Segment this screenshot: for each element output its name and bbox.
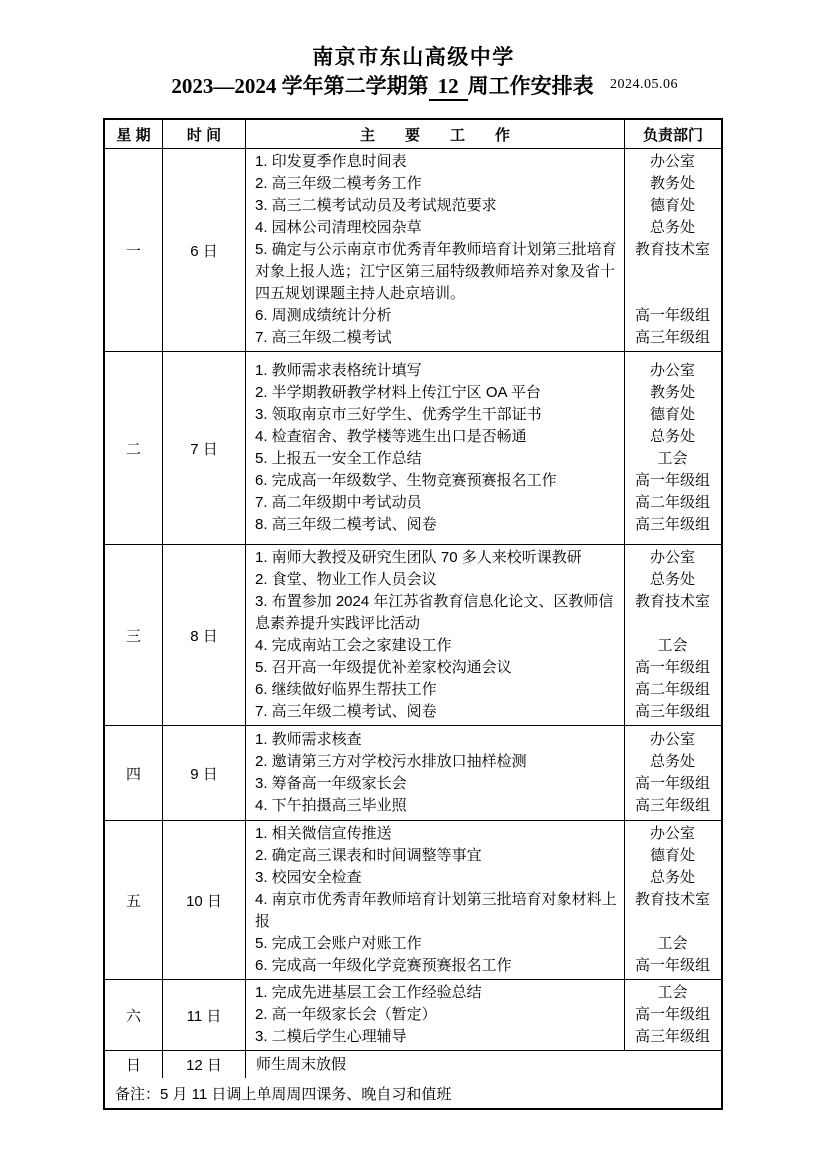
task-department: 高一年级组 bbox=[624, 470, 721, 492]
task-row: 2. 高三年级二模考务工作教务处 bbox=[246, 173, 721, 195]
task-text: 1. 完成先进基层工会工作经验总结 bbox=[246, 982, 624, 1004]
task-row: 1. 完成先进基层工会工作经验总结工会 bbox=[246, 982, 721, 1004]
day-cell: 一 bbox=[105, 149, 163, 351]
task-text: 6. 完成高一年级化学竞赛预赛报名工作 bbox=[246, 955, 624, 977]
task-department: 教育技术室 bbox=[624, 591, 721, 613]
day-cell: 四 bbox=[105, 726, 163, 820]
task-row: 1. 印发夏季作息时间表办公室 bbox=[246, 151, 721, 173]
task-department: 教务处 bbox=[624, 382, 721, 404]
task-row: 1. 南师大教授及研究生团队 70 多人来校听课教研办公室 bbox=[246, 547, 721, 569]
page-title: 南京市东山高级中学 bbox=[0, 41, 827, 71]
task-text: 5. 确定与公示南京市优秀青年教师培育计划第三批培育对象上报人选；江宁区第三届特… bbox=[246, 239, 624, 305]
task-row: 6. 周测成绩统计分析高一年级组 bbox=[246, 305, 721, 327]
task-text: 2. 食堂、物业工作人员会议 bbox=[246, 569, 624, 591]
task-department: 工会 bbox=[624, 448, 721, 470]
task-row: 1. 相关微信宣传推送办公室 bbox=[246, 823, 721, 845]
task-department: 总务处 bbox=[624, 867, 721, 889]
task-text: 1. 印发夏季作息时间表 bbox=[246, 151, 624, 173]
task-text: 7. 高三年级二模考试、阅卷 bbox=[246, 701, 624, 723]
task-department: 办公室 bbox=[624, 360, 721, 382]
task-department: 高二年级组 bbox=[624, 492, 721, 514]
task-row: 2. 食堂、物业工作人员会议总务处 bbox=[246, 569, 721, 591]
tasks-list: 1. 相关微信宣传推送办公室2. 确定高三课表和时间调整等事宜德育处3. 校园安… bbox=[246, 821, 721, 979]
task-text: 5. 完成工会账户对账工作 bbox=[246, 933, 624, 955]
task-row: 5. 召开高一年级提优补差家校沟通会议高一年级组 bbox=[246, 657, 721, 679]
tasks-list: 1. 南师大教授及研究生团队 70 多人来校听课教研办公室2. 食堂、物业工作人… bbox=[246, 545, 721, 725]
day-cell: 五 bbox=[105, 821, 163, 979]
task-text: 3. 布置参加 2024 年江苏省教育信息化论文、区教师信息素养提升实践评比活动 bbox=[246, 591, 624, 635]
task-text: 1. 教师需求表格统计填写 bbox=[246, 360, 624, 382]
task-text: 2. 高三年级二模考务工作 bbox=[246, 173, 624, 195]
task-text: 5. 召开高一年级提优补差家校沟通会议 bbox=[246, 657, 624, 679]
task-text: 4. 完成南站工会之家建设工作 bbox=[246, 635, 624, 657]
tasks-list: 1. 教师需求核查办公室2. 邀请第三方对学校污水排放口抽样检测总务处3. 筹备… bbox=[246, 726, 721, 820]
task-department: 高三年级组 bbox=[624, 701, 721, 723]
task-department: 工会 bbox=[624, 982, 721, 1004]
task-row: 3. 布置参加 2024 年江苏省教育信息化论文、区教师信息素养提升实践评比活动… bbox=[246, 591, 721, 635]
task-department: 高三年级组 bbox=[624, 327, 721, 349]
task-row: 7. 高二年级期中考试动员高二年级组 bbox=[246, 492, 721, 514]
task-department: 高三年级组 bbox=[624, 795, 721, 817]
task-department: 高一年级组 bbox=[624, 773, 721, 795]
task-department: 总务处 bbox=[624, 569, 721, 591]
tasks-list: 1. 印发夏季作息时间表办公室2. 高三年级二模考务工作教务处3. 高三二模考试… bbox=[246, 149, 721, 351]
task-department: 总务处 bbox=[624, 217, 721, 239]
task-department: 德育处 bbox=[624, 845, 721, 867]
day-cell: 二 bbox=[105, 352, 163, 544]
task-department: 办公室 bbox=[624, 547, 721, 569]
task-text: 1. 相关微信宣传推送 bbox=[246, 823, 624, 845]
task-text: 3. 领取南京市三好学生、优秀学生干部证书 bbox=[246, 404, 624, 426]
task-department: 教务处 bbox=[624, 173, 721, 195]
task-department: 高一年级组 bbox=[624, 657, 721, 679]
table-header-row: 星 期 时 间 主 要 工 作 负责部门 bbox=[105, 120, 721, 148]
task-department: 教育技术室 bbox=[624, 239, 721, 261]
task-row: 4. 检查宿舍、教学楼等逃生出口是否畅通总务处 bbox=[246, 426, 721, 448]
time-cell: 7 日 bbox=[163, 352, 246, 544]
task-text: 8. 高三年级二模考试、阅卷 bbox=[246, 514, 624, 536]
schedule-rows: 一6 日1. 印发夏季作息时间表办公室2. 高三年级二模考务工作教务处3. 高三… bbox=[105, 148, 721, 1078]
task-text: 6. 继续做好临界生帮扶工作 bbox=[246, 679, 624, 701]
header-day: 星 期 bbox=[105, 120, 163, 148]
task-department: 高一年级组 bbox=[624, 955, 721, 977]
task-department: 总务处 bbox=[624, 426, 721, 448]
header-department: 负责部门 bbox=[625, 120, 721, 148]
task-row: 3. 高三二模考试动员及考试规范要求德育处 bbox=[246, 195, 721, 217]
note-row: 备注：5 月 11 日调上单周周四课务、晚自习和值班 bbox=[105, 1078, 721, 1108]
task-department: 教育技术室 bbox=[624, 889, 721, 911]
task-row: 7. 高三年级二模考试高三年级组 bbox=[246, 327, 721, 349]
task-row: 2. 确定高三课表和时间调整等事宜德育处 bbox=[246, 845, 721, 867]
time-cell: 8 日 bbox=[163, 545, 246, 725]
task-text: 6. 完成高一年级数学、生物竞赛预赛报名工作 bbox=[246, 470, 624, 492]
task-row: 2. 高一年级家长会（暂定）高一年级组 bbox=[246, 1004, 721, 1026]
task-row: 7. 高三年级二模考试、阅卷高三年级组 bbox=[246, 701, 721, 723]
task-department: 高二年级组 bbox=[624, 679, 721, 701]
time-cell: 12 日 bbox=[163, 1051, 246, 1078]
day-cell: 六 bbox=[105, 980, 163, 1050]
tasks-list: 师生周末放假 bbox=[246, 1051, 721, 1078]
task-text: 5. 上报五一安全工作总结 bbox=[246, 448, 624, 470]
task-row: 师生周末放假 bbox=[246, 1054, 721, 1076]
time-cell: 6 日 bbox=[163, 149, 246, 351]
task-row: 6. 完成高一年级数学、生物竞赛预赛报名工作高一年级组 bbox=[246, 470, 721, 492]
task-department: 办公室 bbox=[624, 823, 721, 845]
day-cell: 三 bbox=[105, 545, 163, 725]
task-row: 2. 半学期教研教学材料上传江宁区 OA 平台教务处 bbox=[246, 382, 721, 404]
task-department: 办公室 bbox=[624, 729, 721, 751]
time-cell: 11 日 bbox=[163, 980, 246, 1050]
task-text: 4. 下午拍摄高三毕业照 bbox=[246, 795, 624, 817]
task-text: 3. 二模后学生心理辅导 bbox=[246, 1026, 624, 1048]
task-row: 5. 完成工会账户对账工作工会 bbox=[246, 933, 721, 955]
task-text: 2. 高一年级家长会（暂定） bbox=[246, 1004, 624, 1026]
task-text: 3. 筹备高一年级家长会 bbox=[246, 773, 624, 795]
task-text: 2. 邀请第三方对学校污水排放口抽样检测 bbox=[246, 751, 624, 773]
tasks-list: 1. 教师需求表格统计填写办公室2. 半学期教研教学材料上传江宁区 OA 平台教… bbox=[246, 352, 721, 544]
task-row: 4. 完成南站工会之家建设工作工会 bbox=[246, 635, 721, 657]
header-time: 时 间 bbox=[163, 120, 246, 148]
task-department: 工会 bbox=[624, 635, 721, 657]
subtitle-suffix: 周工作安排表 bbox=[468, 74, 594, 98]
task-text: 4. 南京市优秀青年教师培育计划第三批培育对象材料上报 bbox=[246, 889, 624, 933]
task-row: 8. 高三年级二模考试、阅卷高三年级组 bbox=[246, 514, 721, 536]
week-number: 12 bbox=[429, 74, 468, 101]
task-text: 4. 园林公司清理校园杂草 bbox=[246, 217, 624, 239]
task-text: 2. 半学期教研教学材料上传江宁区 OA 平台 bbox=[246, 382, 624, 404]
subtitle-prefix: 2023—2024 学年第二学期第 bbox=[171, 74, 428, 98]
document-page: 南京市东山高级中学 2023—2024 学年第二学期第12周工作安排表 2024… bbox=[0, 0, 827, 1170]
schedule-row: 三8 日1. 南师大教授及研究生团队 70 多人来校听课教研办公室2. 食堂、物… bbox=[105, 544, 721, 725]
task-department: 高三年级组 bbox=[624, 1026, 721, 1048]
schedule-row: 一6 日1. 印发夏季作息时间表办公室2. 高三年级二模考务工作教务处3. 高三… bbox=[105, 148, 721, 351]
task-text: 3. 校园安全检查 bbox=[246, 867, 624, 889]
task-text: 4. 检查宿舍、教学楼等逃生出口是否畅通 bbox=[246, 426, 624, 448]
task-row: 6. 继续做好临界生帮扶工作高二年级组 bbox=[246, 679, 721, 701]
schedule-row: 四9 日1. 教师需求核查办公室2. 邀请第三方对学校污水排放口抽样检测总务处3… bbox=[105, 725, 721, 820]
task-text: 2. 确定高三课表和时间调整等事宜 bbox=[246, 845, 624, 867]
header-main-work: 主 要 工 作 bbox=[246, 120, 625, 148]
task-text: 师生周末放假 bbox=[246, 1054, 721, 1076]
task-row: 6. 完成高一年级化学竞赛预赛报名工作高一年级组 bbox=[246, 955, 721, 977]
task-row: 3. 领取南京市三好学生、优秀学生干部证书德育处 bbox=[246, 404, 721, 426]
task-text: 1. 教师需求核查 bbox=[246, 729, 624, 751]
task-department: 工会 bbox=[624, 933, 721, 955]
task-row: 1. 教师需求核查办公室 bbox=[246, 729, 721, 751]
task-text: 1. 南师大教授及研究生团队 70 多人来校听课教研 bbox=[246, 547, 624, 569]
task-row: 1. 教师需求表格统计填写办公室 bbox=[246, 360, 721, 382]
task-text: 6. 周测成绩统计分析 bbox=[246, 305, 624, 327]
task-text: 7. 高三年级二模考试 bbox=[246, 327, 624, 349]
time-cell: 10 日 bbox=[163, 821, 246, 979]
task-row: 4. 园林公司清理校园杂草总务处 bbox=[246, 217, 721, 239]
note-text: 备注：5 月 11 日调上单周周四课务、晚自习和值班 bbox=[105, 1078, 721, 1108]
document-date: 2024.05.06 bbox=[610, 77, 678, 93]
task-row: 4. 南京市优秀青年教师培育计划第三批培育对象材料上报教育技术室 bbox=[246, 889, 721, 933]
task-department: 德育处 bbox=[624, 404, 721, 426]
task-text: 3. 高三二模考试动员及考试规范要求 bbox=[246, 195, 624, 217]
time-cell: 9 日 bbox=[163, 726, 246, 820]
task-row: 3. 二模后学生心理辅导高三年级组 bbox=[246, 1026, 721, 1048]
schedule-row: 五10 日1. 相关微信宣传推送办公室2. 确定高三课表和时间调整等事宜德育处3… bbox=[105, 820, 721, 979]
task-department: 总务处 bbox=[624, 751, 721, 773]
schedule-row: 二7 日1. 教师需求表格统计填写办公室2. 半学期教研教学材料上传江宁区 OA… bbox=[105, 351, 721, 544]
task-text: 7. 高二年级期中考试动员 bbox=[246, 492, 624, 514]
task-row: 3. 校园安全检查总务处 bbox=[246, 867, 721, 889]
task-department: 高一年级组 bbox=[624, 305, 721, 327]
tasks-list: 1. 完成先进基层工会工作经验总结工会2. 高一年级家长会（暂定）高一年级组3.… bbox=[246, 980, 721, 1050]
task-row: 3. 筹备高一年级家长会高一年级组 bbox=[246, 773, 721, 795]
task-department: 办公室 bbox=[624, 151, 721, 173]
task-row: 2. 邀请第三方对学校污水排放口抽样检测总务处 bbox=[246, 751, 721, 773]
task-department: 高一年级组 bbox=[624, 1004, 721, 1026]
task-row: 4. 下午拍摄高三毕业照高三年级组 bbox=[246, 795, 721, 817]
task-department: 德育处 bbox=[624, 195, 721, 217]
day-cell: 日 bbox=[105, 1051, 163, 1078]
schedule-table: 星 期 时 间 主 要 工 作 负责部门 一6 日1. 印发夏季作息时间表办公室… bbox=[103, 118, 723, 1110]
task-row: 5. 上报五一安全工作总结工会 bbox=[246, 448, 721, 470]
task-row: 5. 确定与公示南京市优秀青年教师培育计划第三批培育对象上报人选；江宁区第三届特… bbox=[246, 239, 721, 305]
task-department: 高三年级组 bbox=[624, 514, 721, 536]
schedule-row: 日12 日师生周末放假 bbox=[105, 1050, 721, 1078]
schedule-row: 六11 日1. 完成先进基层工会工作经验总结工会2. 高一年级家长会（暂定）高一… bbox=[105, 979, 721, 1050]
